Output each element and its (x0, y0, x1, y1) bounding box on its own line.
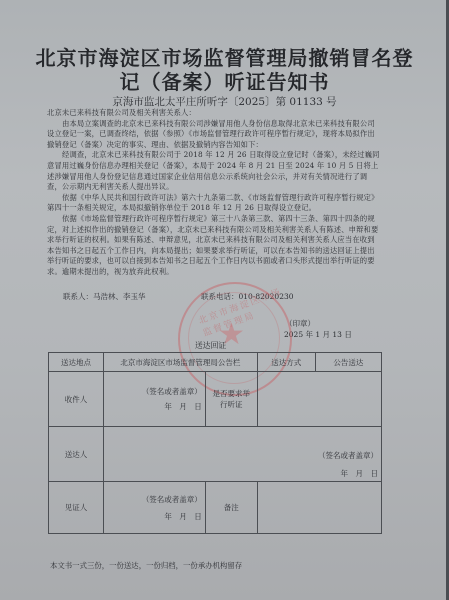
table-row: 送达地点 北京市海淀区市场监督管理局公告栏 送达方式 公告送达 (49, 353, 382, 372)
paragraph-4: 依据《市场监督管理行政许可程序暂行规定》第三十八条第三款、第四十三条、第四十四条… (47, 214, 382, 278)
recipient-signature-cell[interactable]: （签名或者盖章） 年 月 日 (103, 372, 205, 427)
document-body: 北京未已来科技有限公司及相关利害关系人： 由本局立案调查的北京未已来科技有限公司… (47, 108, 382, 278)
document-title-line2: 记（备案）听证告知书 (0, 66, 449, 95)
delivery-receipt-table: 送达地点 北京市海淀区市场监督管理局公告栏 送达方式 公告送达 收件人 （签名或… (48, 352, 382, 534)
issue-date: 2025 年 1 月 13 日 (284, 329, 352, 340)
table-row: 送达人 （签名或者盖章） 年 月 日 (49, 427, 382, 482)
contact-phone: 联系电话：010-82020230 (201, 291, 294, 302)
paragraph-1: 由本局立案调查的北京未已来科技有限公司涉嫌冒用他人身份信息取得北京未已来科技有限… (47, 119, 382, 151)
addressee: 北京未已来科技有限公司及相关利害关系人： (47, 108, 382, 119)
paragraph-3: 依据《中华人民共和国行政许可法》第六十九条第二款、《市场监督管理行政许可程序暂行… (47, 193, 382, 214)
recipient-sign-hint: （签名或者盖章） (107, 386, 202, 397)
witness-date-hint: 年 月 日 (107, 511, 202, 522)
remarks-value[interactable] (257, 482, 381, 534)
witness-sign-hint: （签名或者盖章） (107, 494, 202, 505)
seal-label: （印章） (285, 318, 315, 329)
hearing-request-value[interactable] (257, 372, 381, 427)
server-date-hint: 年 月 日 (107, 468, 378, 479)
paragraph-2: 经调查，北京未已来科技有限公司于 2018 年 12 月 26 日取得设立登记时… (47, 150, 382, 192)
table-row: 见证人 （签名或者盖章） 年 月 日 备注 (49, 482, 382, 534)
hearing-request-label: 是否要求举行听证 (205, 372, 257, 427)
receipt-title: 送达回证 (195, 340, 226, 351)
witness-label: 见证人 (49, 482, 104, 534)
recipient-date-hint: 年 月 日 (107, 401, 202, 412)
delivery-method-label: 送达方式 (257, 353, 315, 372)
footer-note: 本文书一式三份，一份送达，一份归档，一份承办机构留存 (50, 560, 242, 571)
document-number: 京海市监北太平庄所听字〔2025〕第 01133 号 (0, 94, 449, 109)
server-sign-hint: （签名或者盖章） (107, 450, 378, 461)
server-signature-cell[interactable]: （签名或者盖章） 年 月 日 (103, 427, 381, 482)
witness-signature-cell[interactable]: （签名或者盖章） 年 月 日 (103, 482, 205, 534)
delivery-place-label: 送达地点 (49, 353, 104, 372)
recipient-label: 收件人 (49, 372, 104, 427)
contact-persons: 联系人：马浩林、李玉华 (63, 291, 146, 302)
table-row: 收件人 （签名或者盖章） 年 月 日 是否要求举行听证 (49, 372, 382, 427)
server-label: 送达人 (49, 427, 104, 482)
remarks-label: 备注 (205, 482, 257, 534)
delivery-place-value: 北京市海淀区市场监督管理局公告栏 (103, 353, 257, 372)
delivery-method-value: 公告送达 (315, 353, 381, 372)
